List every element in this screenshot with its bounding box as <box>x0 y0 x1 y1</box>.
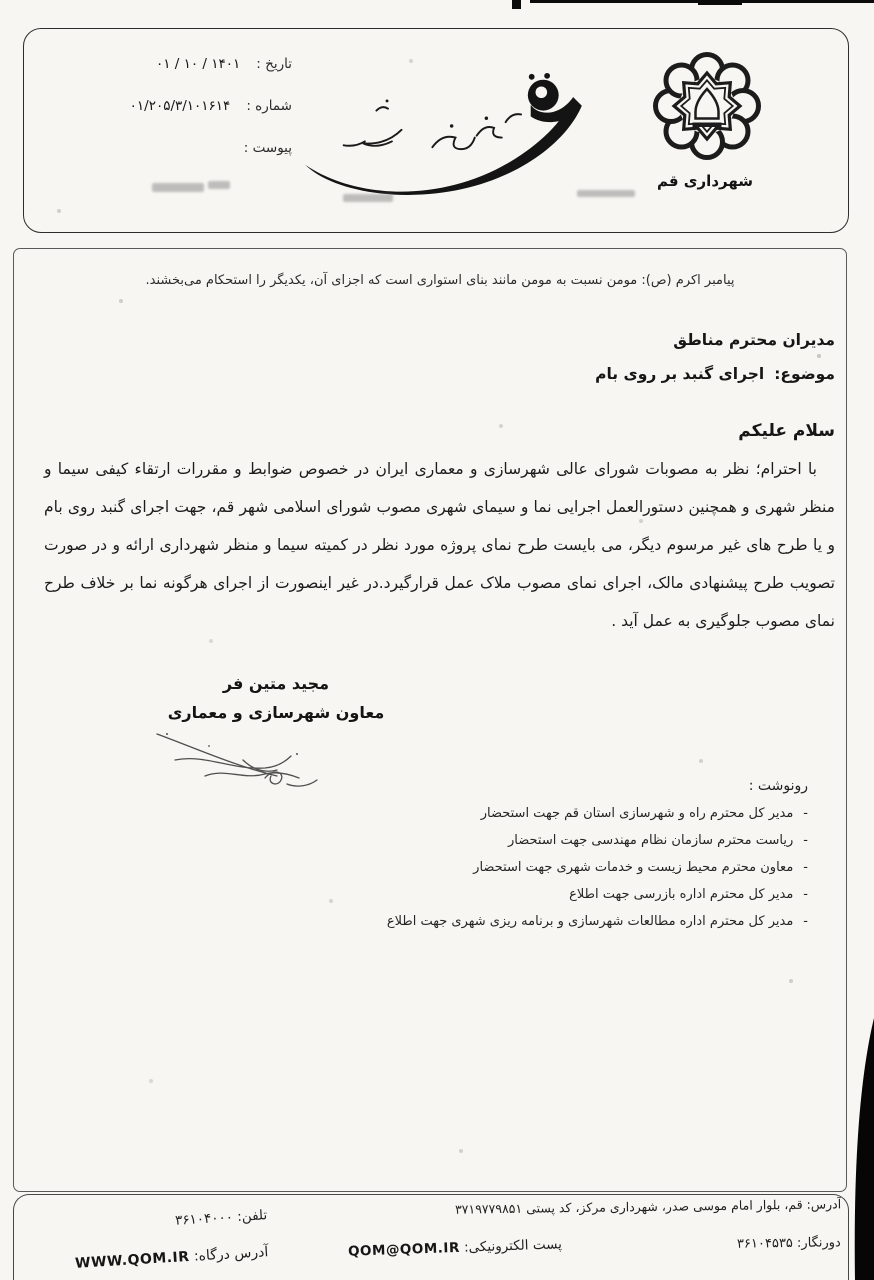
subject-text: اجرای گنبد بر روی بام <box>595 365 764 383</box>
scan-artifact <box>698 0 742 5</box>
hadith-line: پیامبر اکرم (ص): مومن نسبت به مومن مانند… <box>45 273 835 288</box>
signature-block: مجید متین فر معاون شهرسازی و معماری <box>148 674 404 722</box>
handwritten-smudge <box>152 183 204 192</box>
cc-item: -مدیر کل محترم راه و شهرسازی استان قم جه… <box>60 806 808 821</box>
cc-dash: - <box>803 833 808 848</box>
qom-calligraphy-logo <box>283 72 601 207</box>
subject-label: موضوع: <box>774 365 835 383</box>
number-row: شماره : ۰۱/۲۰۵/۳/۱۰۱۶۱۴ <box>60 98 292 114</box>
salutation-line: سلام علیکم <box>738 421 835 441</box>
footer-fax: دورنگار: ۳۶۱۰۴۵۳۵ <box>737 1235 841 1251</box>
cc-list: -مدیر کل محترم راه و شهرسازی استان قم جه… <box>60 806 808 941</box>
qom-municipality-emblem <box>651 50 763 162</box>
body-paragraph: با احترام؛ نظر به مصوبات شورای عالی شهرس… <box>44 450 835 640</box>
letter-body-box <box>13 248 847 1192</box>
subject-line: موضوع:اجرای گنبد بر روی بام <box>595 365 835 383</box>
cc-item-text: ریاست محترم سازمان نظام مهندسی جهت استحض… <box>508 833 793 848</box>
handwritten-smudge <box>208 181 230 189</box>
signature-title: معاون شهرسازی و معماری <box>148 703 404 722</box>
cc-heading: رونوشت : <box>749 778 808 794</box>
signature-name: مجید متین فر <box>148 674 404 693</box>
cc-item-text: مدیر کل محترم اداره بازرسی جهت اطلاع <box>569 887 793 902</box>
recipient-line: مدیران محترم مناطق <box>673 331 835 349</box>
attachment-row: پیوست : <box>60 140 292 156</box>
cc-item-text: معاون محترم محیط زیست و خدمات شهری جهت ا… <box>473 860 793 875</box>
org-name: شهرداری قم <box>640 172 770 190</box>
stamp-smudge <box>343 194 393 202</box>
cc-item: -مدیر کل محترم اداره بازرسی جهت اطلاع <box>60 887 808 902</box>
cc-dash: - <box>803 860 808 875</box>
date-row: تاریخ : ۱۴۰۱ / ۱۰ / ۰۱ <box>60 56 292 72</box>
scanned-letter-page: تاریخ : ۱۴۰۱ / ۱۰ / ۰۱ شماره : ۰۱/۲۰۵/۳/… <box>0 0 874 1280</box>
cc-item-text: مدیر کل محترم اداره مطالعات شهرسازی و بر… <box>387 914 793 929</box>
cc-dash: - <box>803 806 808 821</box>
scan-artifact <box>512 0 521 9</box>
cc-item-text: مدیر کل محترم راه و شهرسازی استان قم جهت… <box>481 806 794 821</box>
date-value: ۱۴۰۱ / ۱۰ / ۰۱ <box>156 56 240 72</box>
date-label: تاریخ : <box>256 56 292 72</box>
cc-dash: - <box>803 914 808 929</box>
cc-item: -مدیر کل محترم اداره مطالعات شهرسازی و ب… <box>60 914 808 929</box>
cc-item: -معاون محترم محیط زیست و خدمات شهری جهت … <box>60 860 808 875</box>
footer-email-label: پست الکترونیکی: <box>464 1236 562 1255</box>
cc-item: -ریاست محترم سازمان نظام مهندسی جهت استح… <box>60 833 808 848</box>
stamp-smudge <box>577 190 635 197</box>
scan-noise <box>0 0 2 2</box>
signature-scribble <box>135 724 335 802</box>
number-value: ۰۱/۲۰۵/۳/۱۰۱۶۱۴ <box>130 98 231 114</box>
cc-dash: - <box>803 887 808 902</box>
letter-meta-block: تاریخ : ۱۴۰۱ / ۱۰ / ۰۱ شماره : ۰۱/۲۰۵/۳/… <box>60 56 292 182</box>
